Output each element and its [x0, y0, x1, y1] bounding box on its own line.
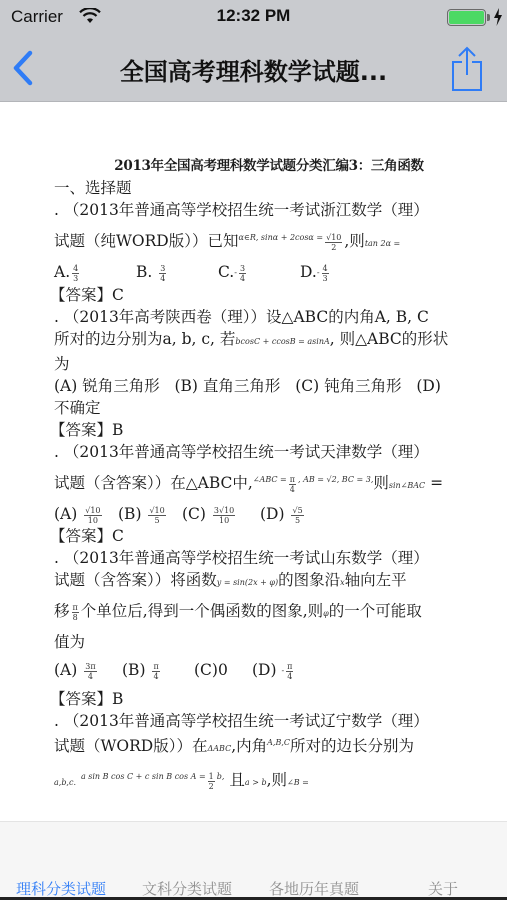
- tab-bar: 理科分类试题 文科分类试题 各地历年真题 关于: [0, 821, 507, 900]
- question-1-options: A.43B. 34C.-34D.-43: [54, 261, 464, 284]
- document-page: 2013年全国高考理科数学试题分类汇编3：三角函数 一、选择题 . （2013年…: [54, 155, 464, 801]
- status-bar: Carrier 12:32 PM: [0, 0, 507, 36]
- question-2-line-3: 为: [54, 353, 464, 375]
- fraction: √102: [325, 233, 342, 252]
- section-heading: 一、选择题: [54, 177, 464, 199]
- option-d: (D) -π4: [252, 653, 295, 688]
- option-b: (B) π4: [122, 653, 194, 687]
- question-3-line-2: 试题（含答案））在△ABC中,∠ABC =π4, AB = √2, BC = 3…: [54, 463, 464, 503]
- question-3-line-1: . （2013年普通高等学校招生统一考试天津数学（理）: [54, 441, 464, 463]
- tab-science-categories[interactable]: 理科分类试题: [16, 878, 106, 899]
- status-time: 12:32 PM: [0, 6, 507, 26]
- navigation-bar: 全国高考理科数学试题...: [0, 36, 507, 102]
- option-c: (C)0: [194, 653, 252, 687]
- question-2-line-2: 所对的边分别为a, b, c, 若bcosC + ccosB = asinA, …: [54, 328, 464, 353]
- option-b: (B) √105: [118, 503, 182, 525]
- option-a: (A) √1010: [54, 503, 118, 525]
- question-4-line-1: . （2013年普通高等学校招生统一考试山东数学（理）: [54, 547, 464, 569]
- charging-bolt-icon: [493, 8, 503, 26]
- tab-regional-past-exams[interactable]: 各地历年真题: [269, 878, 359, 899]
- question-3-options: (A) √1010(B) √105(C) 3√1010(D) √55: [54, 503, 464, 525]
- question-4-options: (A) 3π4(B) π4(C)0(D) -π4: [54, 653, 464, 688]
- back-chevron-icon[interactable]: [10, 50, 40, 86]
- document-viewer[interactable]: 2013年全国高考理科数学试题分类汇编3：三角函数 一、选择题 . （2013年…: [0, 103, 507, 821]
- math-expr: tan 2α =: [365, 239, 400, 248]
- option-c: C.-34: [218, 261, 300, 284]
- tab-arts-categories[interactable]: 文科分类试题: [142, 878, 232, 899]
- question-4-line-2: 试题（含答案））将函数y = sin(2x + φ)的图象沿x轴向左平: [54, 569, 464, 594]
- document-title: 2013年全国高考理科数学试题分类汇编3：三角函数: [54, 155, 464, 177]
- question-4-line-3: 移π8个单位后,得到一个偶函数的图象,则φ的一个可能取: [54, 594, 464, 631]
- option-a: A.43: [54, 261, 136, 283]
- option-b: B. 34: [136, 261, 218, 283]
- question-1-line-1: . （2013年普通高等学校招生统一考试浙江数学（理）: [54, 199, 464, 221]
- option-c: (C) 3√1010: [182, 503, 260, 525]
- battery-icon: [447, 9, 486, 26]
- question-5-line-3: a,b,c. a sin B cos C + c sin B cos A =12…: [54, 760, 464, 800]
- question-4-answer: 【答案】B: [50, 688, 464, 710]
- question-3-answer: 【答案】C: [50, 525, 464, 547]
- question-5-line-2: 试题（WORD版））在ΔABC,内角A,B,C所对的边长分别为: [54, 732, 464, 760]
- question-2-options: (A) 锐角三角形 (B) 直角三角形 (C) 钝角三角形 (D): [54, 375, 464, 397]
- page-title: 全国高考理科数学试题...: [60, 52, 447, 87]
- question-1-answer: 【答案】C: [50, 284, 464, 306]
- math-expr: α∈R, sinα + 2cosα =: [239, 233, 324, 242]
- question-4-line-4: 值为: [54, 631, 464, 653]
- option-d: D.-43: [300, 261, 331, 284]
- math-expr: bcosC + ccosB = asinA: [235, 337, 329, 346]
- battery-tip: [487, 14, 490, 21]
- option-d: (D) √55: [260, 503, 306, 525]
- tab-about[interactable]: 关于: [428, 878, 458, 899]
- question-5-line-1: . （2013年普通高等学校招生统一考试辽宁数学（理）: [54, 710, 464, 732]
- option-a: (A) 3π4: [54, 653, 122, 687]
- question-2-answer: 【答案】B: [50, 419, 464, 441]
- question-2-options-cont: 不确定: [54, 397, 464, 419]
- question-1-line-2: 试题（纯WORD版））已知α∈R, sinα + 2cosα =√102,则ta…: [54, 221, 464, 261]
- share-icon[interactable]: [450, 44, 484, 92]
- top-bar: Carrier 12:32 PM 全国高考理科数学试题...: [0, 0, 507, 102]
- question-2-line-1: . （2013年高考陕西卷（理））设△ABC的内角A, B, C: [54, 306, 464, 328]
